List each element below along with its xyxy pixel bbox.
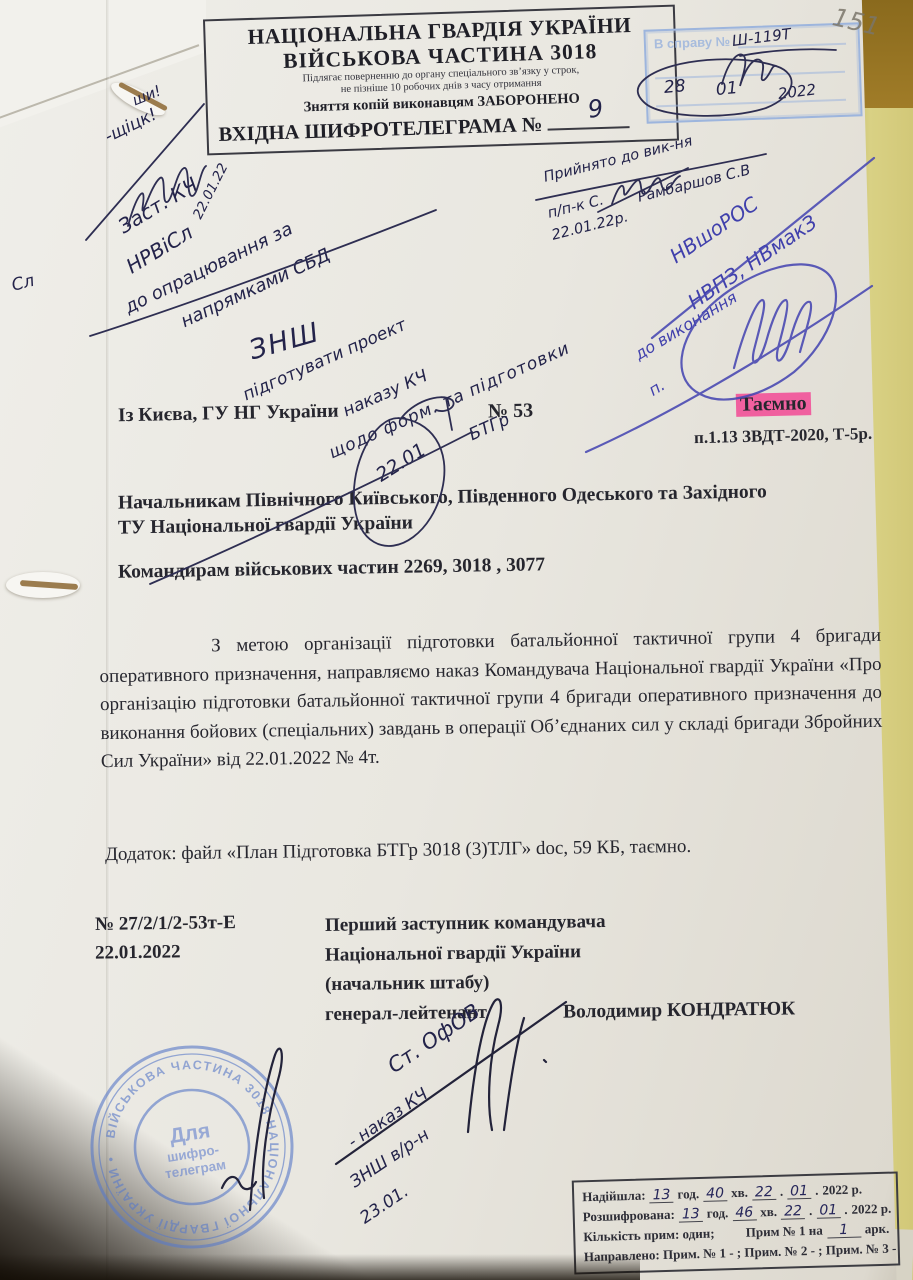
ref-date: 22.01.2022 [95,941,181,964]
min-unit: хв. [731,1185,748,1201]
decrypted-month: 01 [816,1204,840,1219]
decrypted-min: 46 [732,1206,756,1221]
origin-line: Із Києва, ГУ НГ України [118,401,339,428]
received-month: 01 [787,1185,811,1200]
hour-unit: год. [707,1205,729,1222]
spacer [719,1241,742,1242]
pages-unit: арк. [865,1221,890,1238]
handwritten-month: 01 [715,78,738,100]
sep: . [844,1202,848,1218]
case-stamp-label: В справу № [654,34,731,52]
case-stamp-blank [656,99,846,108]
decrypted-hour: 13 [679,1208,703,1223]
post-line-2: Національної гвардії України [325,941,581,967]
sep: . [809,1203,813,1219]
header-box: НАЦІОНАЛЬНА ГВАРДІЯ УКРАЇНИ ВІЙСЬКОВА ЧА… [203,5,679,156]
min-unit: хв. [760,1204,777,1220]
hour-unit: год. [677,1186,699,1203]
received-label: Надійшла: [582,1188,646,1206]
scanned-document-photo: НАЦІОНАЛЬНА ГВАРДІЯ УКРАЇНИ ВІЙСЬКОВА ЧА… [0,0,913,1280]
decrypted-label: Розшифрована: [583,1207,675,1226]
body-paragraph: З метою організації підготовки батальйон… [99,622,883,777]
received-year: 2022 р. [822,1181,862,1198]
signer-name: Володимир КОНДРАТЮК [563,998,796,1023]
sep: . [780,1184,784,1200]
handwritten-day: 28 [663,76,686,98]
sep: . [815,1183,819,1199]
post-line-1: Перший заступник командувача [325,911,606,937]
doc-type-label: ВХІДНА ШИФРОТЕЛЕГРАМА № [218,114,543,146]
ref-number: № 27/2/1/2-53т-Е [95,912,236,936]
copy1-label: Прим № 1 на [746,1223,823,1241]
received-min: 40 [703,1187,727,1202]
copy1-pages: 1 [827,1224,861,1239]
bottom-shadow [0,1254,640,1280]
round-secret-stamp: ВІЙСЬКОВА ЧАСТИНА 3018 НАЦІОНАЛЬНОЇ ГВАР… [63,1018,320,1275]
received-hour: 13 [649,1189,673,1204]
decrypted-day: 22 [781,1205,805,1220]
decrypted-year: 2022 р. [851,1201,891,1218]
post-line-3: (начальник штабу) [325,972,490,996]
received-day: 22 [752,1186,776,1201]
secrecy-stamp: Таємно [736,392,811,417]
copies-label: Кількість прим: один; [583,1226,715,1246]
